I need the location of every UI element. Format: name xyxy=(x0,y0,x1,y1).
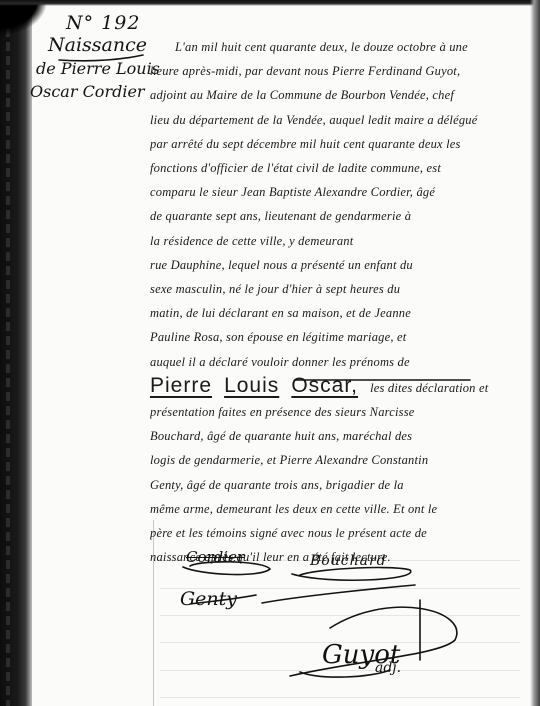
margin-note: N° 192 Naissance de Pierre Louis Oscar C… xyxy=(30,12,150,103)
body-line: par arrêté du sept décembre mil huit cen… xyxy=(150,132,510,156)
register-page: N° 192 Naissance de Pierre Louis Oscar C… xyxy=(0,0,540,706)
signature-witness-2: Genty xyxy=(180,588,237,610)
body-line: Pauline Rosa, son épouse en légitime mar… xyxy=(150,325,510,349)
body-line: fonctions d'officier de l'état civil de … xyxy=(150,156,510,180)
body-line: présentation faites en présence des sieu… xyxy=(150,400,510,424)
ruled-line xyxy=(160,670,520,671)
body-line: rue Dauphine, lequel nous a présenté un … xyxy=(150,253,510,277)
entry-number: N° 192 xyxy=(66,12,150,34)
body-line: la résidence de cette ville, y demeurant xyxy=(150,229,510,253)
ruled-line xyxy=(160,615,520,616)
child-names-line: Pierre Louis Oscar, les dites déclaratio… xyxy=(150,374,510,400)
signature-witness-1: Bouchard xyxy=(310,553,387,569)
margin-note-line: Oscar Cordier xyxy=(30,80,150,103)
body-line: même arme, demeurant les deux en cette v… xyxy=(150,497,510,521)
body-line: adjoint au Maire de la Commune de Bourbo… xyxy=(150,83,510,107)
signature-official-title: adj. xyxy=(375,660,401,676)
child-first-name: Pierre xyxy=(150,374,212,397)
margin-note-line: Naissance xyxy=(48,34,150,57)
body-line: heure après-midi, par devant nous Pierre… xyxy=(150,59,510,83)
body-line: comparu le sieur Jean Baptiste Alexandre… xyxy=(150,180,510,204)
margin-note-line: de Pierre Louis xyxy=(36,57,150,80)
book-binding xyxy=(0,0,32,706)
ruled-line xyxy=(160,697,520,698)
page-top-edge xyxy=(0,0,540,6)
child-third-name: Oscar, xyxy=(291,374,358,397)
body-line: matin, de lui déclarant en sa maison, et… xyxy=(150,301,510,325)
body-line: auquel il a déclaré vouloir donner les p… xyxy=(150,350,510,374)
body-line: lieu du département de la Vendée, auquel… xyxy=(150,108,510,132)
page-right-edge xyxy=(530,0,540,706)
child-second-name: Louis xyxy=(224,374,279,397)
body-line: Genty, âgé de quarante trois ans, brigad… xyxy=(150,473,510,497)
body-line: L'an mil huit cent quarante deux, le dou… xyxy=(150,35,510,59)
body-line: père et les témoins signé avec nous le p… xyxy=(150,521,510,545)
entry-body: L'an mil huit cent quarante deux, le dou… xyxy=(150,35,510,569)
body-line: de quarante sept ans, lieutenant de gend… xyxy=(150,204,510,228)
body-line: logis de gendarmerie, et Pierre Alexandr… xyxy=(150,448,510,472)
signature-father: Cordier xyxy=(186,548,244,566)
body-line-fragment: les dites déclaration et xyxy=(370,381,488,395)
body-line: sexe masculin, né le jour d'hier à sept … xyxy=(150,277,510,301)
body-line: Bouchard, âgé de quarante huit ans, maré… xyxy=(150,424,510,448)
